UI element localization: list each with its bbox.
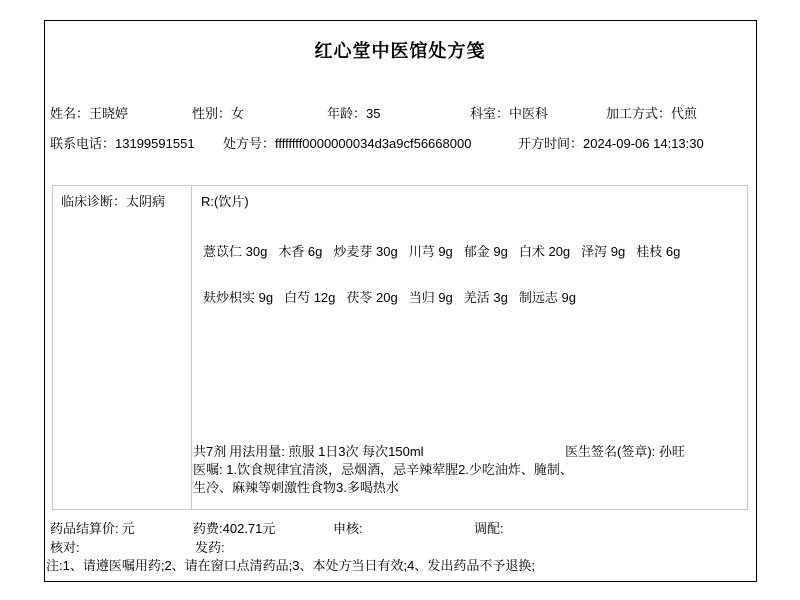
herb-item: 川芎 9g [409, 244, 453, 260]
advice-line-2: 生冷、麻辣等刺激性食物3.多喝热水 [193, 480, 399, 496]
field-processing-method-value: 代煎 [671, 106, 697, 121]
field-diagnosis: 临床诊断：太阴病 [61, 194, 165, 210]
herb-item: 郁金 9g [464, 244, 508, 260]
field-phone-label: 联系电话： [50, 136, 115, 151]
field-processing-method-label: 加工方式： [606, 106, 671, 121]
field-issue-time-label: 开方时间： [518, 136, 583, 151]
field-gender-label: 性别： [192, 106, 231, 121]
field-fee-label: 药费: [193, 521, 223, 536]
field-processing-method: 加工方式：代煎 [606, 106, 697, 122]
rx-header: R:(饮片) [201, 194, 249, 210]
advice-line-1: 医嘱: 1.饮食规律宜清淡，忌烟酒，忌辛辣荤腥2.少吃油炸、腌制、 [193, 462, 573, 478]
herb-item: 制远志 9g [519, 290, 576, 306]
field-diagnosis-label: 临床诊断： [61, 194, 126, 209]
field-rx-number: 处方号：ffffffff0000000034d3a9cf56668000 [223, 136, 471, 152]
field-dispense: 发药: [195, 540, 225, 556]
field-check: 核对: [50, 540, 80, 556]
doctor-signature-value: 孙旺 [659, 444, 685, 459]
field-settlement: 药品结算价:元 [50, 521, 135, 537]
diagnosis-column-divider [191, 186, 192, 509]
herb-item: 炒麦芽 30g [333, 244, 397, 260]
doctor-signature: 医生签名(签章): 孙旺 [565, 444, 685, 460]
field-issue-time: 开方时间：2024-09-06 14:13:30 [518, 136, 704, 152]
usage-line: 共7剂用法用量: 煎服 1日3次 每次150ml [193, 444, 424, 460]
field-age-label: 年龄： [327, 106, 366, 121]
field-name-label: 姓名： [50, 106, 89, 121]
field-phone-value: 13199591551 [115, 136, 195, 151]
field-age-value: 35 [366, 106, 380, 121]
herb-item: 木香 6g [278, 244, 322, 260]
field-issue-time-value: 2024-09-06 14:13:30 [583, 136, 704, 151]
field-department-label: 科室： [470, 106, 509, 121]
field-gender: 性别：女 [192, 106, 244, 122]
usage-text: 用法用量: 煎服 1日3次 每次150ml [229, 444, 423, 460]
field-name-value: 王晓婷 [89, 106, 128, 121]
field-fee-value: 402.71元 [223, 521, 276, 536]
field-settlement-label: 药品结算价: [50, 521, 119, 536]
field-gender-value: 女 [231, 106, 244, 121]
herb-item: 泽泻 9g [581, 244, 625, 260]
field-age: 年龄：35 [327, 106, 380, 122]
field-phone: 联系电话：13199591551 [50, 136, 195, 152]
field-rx-number-value: ffffffff0000000034d3a9cf56668000 [275, 136, 471, 151]
prescription-page: 红心堂中医馆处方笺 姓名：王晓婷 性别：女 年龄：35 科室：中医科 加工方式：… [0, 0, 800, 600]
field-diagnosis-value: 太阴病 [126, 194, 165, 209]
herb-row-2: 麸炒枳实 9g白芍 12g茯苓 20g当归 9g羌活 3g制远志 9g [203, 290, 587, 306]
field-department-value: 中医科 [509, 106, 548, 121]
field-compound: 调配: [474, 521, 504, 537]
herb-item: 白术 20g [519, 244, 570, 260]
herb-item: 麸炒枳实 9g [203, 290, 273, 306]
herb-row-1: 薏苡仁 30g木香 6g炒麦芽 30g川芎 9g郁金 9g白术 20g泽泻 9g… [203, 244, 691, 260]
herb-item: 羌活 3g [464, 290, 508, 306]
field-fee: 药费:402.71元 [193, 521, 275, 537]
footer-note: 注:1、请遵医嘱用药;2、请在窗口点清药品;3、本处方当日有效;4、发出药品不予… [46, 558, 535, 574]
field-name: 姓名：王晓婷 [50, 106, 128, 122]
field-department: 科室：中医科 [470, 106, 548, 122]
doctor-signature-label: 医生签名(签章): [565, 444, 659, 459]
field-rx-number-label: 处方号： [223, 136, 275, 151]
field-settlement-value: 元 [122, 521, 135, 537]
field-review: 申核: [333, 521, 363, 537]
herb-item: 当归 9g [409, 290, 453, 306]
herb-item: 茯苓 20g [346, 290, 397, 306]
total-doses: 共7剂 [193, 444, 226, 459]
herb-item: 桂枝 6g [636, 244, 680, 260]
page-title: 红心堂中医馆处方笺 [0, 37, 800, 63]
herb-item: 白芍 12g [284, 290, 335, 306]
herb-item: 薏苡仁 30g [203, 244, 267, 260]
